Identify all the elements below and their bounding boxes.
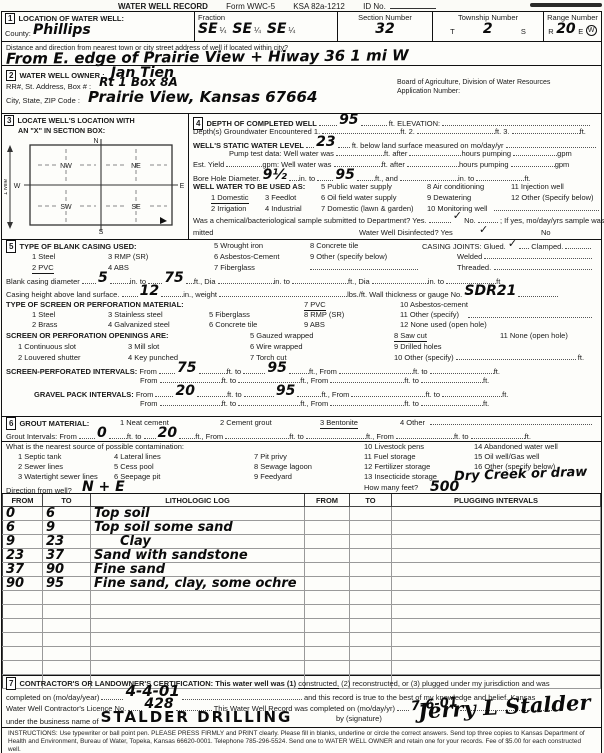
township-t: T	[450, 27, 455, 36]
gpi-to-value: 95	[276, 383, 295, 399]
opening-louvered: 2 Louvered shutter	[18, 352, 81, 363]
grout-other: 4 Other	[400, 417, 425, 428]
openings-row-3: 2 Louvered shutter 4 Key punched 7 Torch…	[2, 352, 601, 363]
grout-ft-to: ft. to	[127, 432, 142, 441]
casing-asbestos-cement: 6 Asbestos-Cement	[214, 251, 279, 262]
log-row-empty	[3, 605, 601, 619]
use-row-3: 2 Irrigation 4 Industrial 7 Domestic (la…	[189, 203, 604, 214]
est-yield-label: Est. Yield	[193, 160, 224, 169]
screen-galvanized: 4 Galvanized steel	[108, 320, 170, 330]
section-3-number: 3	[4, 115, 14, 126]
opening-continuous-slot: 1 Continuous slot	[18, 341, 76, 352]
casing-height-value: 12	[140, 283, 159, 299]
yield-after-label: ft. after	[382, 160, 405, 169]
groundwater-label: Depth(s) Groundwater Encountered 1.	[193, 127, 320, 136]
well-location-mark	[160, 217, 167, 224]
scan-artifact-bar	[530, 3, 602, 7]
log-to-value: 6	[46, 506, 55, 521]
section-3-title2: AN "X" IN SECTION BOX:	[4, 126, 186, 135]
business-name-value: STALDER DRILLING	[101, 708, 293, 726]
log-row-empty	[3, 647, 601, 661]
section-number-value: 32	[375, 21, 394, 37]
log-row-empty	[3, 661, 601, 675]
section-1-number: 1	[5, 13, 15, 24]
gpi2-ft-to-2: ft. to	[404, 399, 419, 408]
openings-row-1: SCREEN OR PERFORATION OPENINGS ARE: 5 Ga…	[2, 330, 601, 341]
id-blank-line	[390, 1, 436, 9]
log-row: 9095Fine sand, clay, some ochre	[3, 577, 601, 591]
contamination-label: What is the nearest source of possible c…	[6, 442, 184, 451]
spi2-ft-to-2: ft. to	[404, 376, 419, 385]
opt-injection-well: 11 Injection well	[511, 181, 564, 192]
grout-intervals-label: Grout Intervals: From	[6, 432, 77, 441]
compass-s-label: S	[99, 229, 104, 235]
log-row-empty	[3, 591, 601, 605]
groundwater-line: Depth(s) Groundwater Encountered 1. ft. …	[189, 126, 604, 137]
section-6-grout: 6GROUT MATERIAL: 1 Neat cement 2 Cement …	[2, 417, 601, 442]
sample-question: Was a chemical/bacteriological sample su…	[193, 216, 427, 225]
signature-label: by (signature)	[336, 712, 382, 726]
log-from-value: 0	[6, 506, 15, 521]
owner-address-label: RR#, St. Address, Box # :	[6, 82, 91, 91]
section-3-4-row: 3LOCATE WELL'S LOCATION WITH AN "X" IN S…	[2, 114, 601, 240]
contam-pit-privy: 7 Pit privy	[254, 452, 287, 462]
log-row: 2337Sand with sandstone	[3, 549, 601, 563]
grout-cement-grout: 2 Cement grout	[220, 417, 272, 428]
screen-steel: 1 Steel	[32, 310, 55, 320]
screen-material-title: TYPE OF SCREEN OR PERFORATION MATERIAL:	[6, 300, 184, 309]
disinfected-question: Water Well Disinfected? Yes	[359, 227, 453, 238]
ksa-statute: KSA 82a-1212	[293, 2, 345, 11]
disinfected-no-label: No	[541, 227, 551, 238]
instructions-footer: INSTRUCTIONS: Use typewriter or ball poi…	[2, 728, 601, 753]
screen-none-used: 12 None used (open hole)	[400, 320, 487, 330]
id-label: ID No.	[363, 2, 386, 11]
log-desc-value: Fine sand	[94, 562, 165, 577]
screen-abs: 9 ABS	[304, 320, 325, 330]
sample-line: Was a chemical/bacteriological sample su…	[189, 214, 604, 227]
compass-e-label: E	[180, 183, 185, 190]
contam-sewer-lines: 2 Sewer lines	[18, 462, 63, 472]
screen-intervals-line-1: SCREEN-PERFORATED INTERVALS: From 75 ft.…	[2, 363, 601, 375]
height-in-weight: in., weight	[183, 290, 217, 299]
contam-septic-tank: 1 Septic tank	[18, 452, 61, 462]
casing-rmp: 3 RMP (SR)	[108, 251, 148, 262]
casing-joints-welded: Welded	[457, 251, 482, 262]
contam-other-value: Dry Creek or draw	[454, 466, 588, 484]
log-desc-value: Top soil some sand	[94, 520, 233, 535]
direction-row: Direction from well? N + E How many feet…	[2, 482, 601, 493]
plug-to-header: TO	[350, 494, 392, 507]
distance-value: From E. edge of Prairie View + Hiway 36 …	[6, 48, 409, 67]
grout-ft-to-2: ft. to	[289, 432, 304, 441]
screen-stainless: 3 Stainless steel	[108, 310, 163, 320]
opt-feedlot: 3 Feedlot	[265, 192, 296, 203]
township-cell: Township Number T 2 S	[433, 12, 544, 41]
disinfected-check-mark: ✓	[479, 224, 488, 235]
screen-concrete-tile: 6 Concrete tile	[209, 320, 257, 330]
quadrant-nw-label: NW	[60, 163, 72, 170]
opt-oil-field: 6 Oil field water supply	[321, 192, 396, 203]
quarter-symbol-3: ¼	[289, 26, 296, 35]
quarter-2-value: SE	[232, 21, 252, 37]
casing-abs: 4 ABS	[108, 262, 129, 273]
grout-ft-from-2: ft., From	[366, 432, 394, 441]
opening-other: 10 Other (specify)	[394, 353, 454, 362]
contam-livestock-pens: 10 Livestock pens	[364, 442, 424, 452]
opening-key-punched: 4 Key punched	[128, 352, 178, 363]
casing-steel: 1 Steel	[32, 251, 55, 262]
gpi2-from-label: From	[140, 399, 158, 408]
gauge-value: SDR21	[464, 283, 516, 299]
business-name-label: under the business name of	[6, 717, 99, 726]
range-cell: Range Number R 20 E W	[544, 12, 601, 41]
opening-wire-wrapped: 6 Wire wrapped	[250, 341, 303, 352]
opening-gauzed: 5 Gauzed wrapped	[250, 330, 313, 341]
form-body: 1LOCATION OF WATER WELL: County: Phillip…	[1, 11, 602, 753]
pump-test-label: Pump test data: Well water was	[229, 149, 334, 158]
feet-value: 500	[430, 480, 459, 494]
log-from-value: 23	[6, 548, 24, 563]
contam-abandoned-well: 14 Abandoned water well	[474, 442, 558, 452]
contam-oil-gas-well: 15 Oil well/Gas well	[474, 452, 539, 462]
screen-material-row-3: 2 Brass 4 Galvanized steel 6 Concrete ti…	[2, 320, 601, 330]
casing-concrete-tile: 8 Concrete tile	[310, 240, 358, 251]
casing-title: TYPE OF BLANK CASING USED:	[19, 242, 136, 251]
log-from-value: 37	[6, 562, 24, 577]
spi2-from-label: From	[140, 376, 158, 385]
gpi-from-value: 20	[176, 383, 195, 399]
screen-other: 11 Other (specify)	[400, 310, 459, 320]
casing-other: 9 Other (specify below)	[310, 251, 387, 262]
quadrant-se-label: SE	[131, 204, 141, 211]
opening-none: 11 None (open hole)	[500, 330, 568, 341]
log-desc-value: Clay	[94, 534, 151, 549]
quarter-symbol-1: ¼	[220, 26, 227, 35]
owner-address-value: Rt 1 Box 8A	[99, 75, 178, 89]
dia-after: ft., Dia	[194, 277, 216, 286]
use-row-2: 1 Domestic 3 Feedlot 6 Oil field water s…	[189, 192, 604, 203]
instructions-text: INSTRUCTIONS: Use typewriter or ball poi…	[8, 730, 585, 753]
height-lbs-gauge: lbs./ft. Wall thickness or gauge No.	[347, 290, 462, 299]
opt-other: 12 Other (Specify below)	[511, 192, 594, 203]
opening-drilled-holes: 9 Drilled holes	[394, 341, 442, 352]
log-row: 923Clay	[3, 535, 601, 549]
casing-fiberglass: 7 Fiberglass	[214, 262, 255, 273]
casing-depth-value: 75	[164, 270, 183, 286]
groundwater-ft-label: ft.	[580, 127, 586, 136]
contam-fertilizer-storage: 12 Fertilizer storage	[364, 462, 430, 472]
spi-from-value: 75	[177, 360, 196, 376]
casing-row-1: 5TYPE OF BLANK CASING USED: 5 Wrought ir…	[2, 240, 601, 251]
log-to-value: 37	[46, 548, 64, 563]
log-desc-value: Fine sand, clay, some ochre	[94, 576, 297, 591]
contamination-block: What is the nearest source of possible c…	[2, 442, 601, 494]
lithologic-log-table: FROM TO LITHOLOGIC LOG FROM TO PLUGGING …	[2, 494, 601, 676]
log-row: 69Top soil some sand	[3, 521, 601, 535]
section-1-location: 1LOCATION OF WATER WELL: County: Phillip…	[2, 12, 601, 42]
owner-city-value: Prairie View, Kansas 67664	[88, 88, 317, 106]
opt-air-conditioning: 8 Air conditioning	[427, 181, 484, 192]
glued-check-mark: ✓	[508, 237, 517, 250]
lithologic-log-header: LITHOLOGIC LOG	[91, 494, 305, 507]
contam-cess-pool: 5 Cess pool	[114, 462, 154, 472]
spi2-ft-end: ft.	[483, 376, 489, 385]
quadrant-sw-label: SW	[60, 204, 72, 211]
use-row-1: WELL WATER TO BE USED AS: 5 Public water…	[189, 181, 604, 192]
county-line: County: Phillips	[5, 25, 191, 39]
range-value: 20	[556, 22, 575, 36]
owner-city-label: City, State, ZIP Code :	[6, 96, 80, 105]
spi2-ft-to: ft. to	[222, 376, 237, 385]
fraction-values: SE¼ SE¼ SE¼	[198, 22, 334, 36]
fraction-cell: Fraction SE¼ SE¼ SE¼	[195, 12, 338, 41]
agency-name: Board of Agriculture, Division of Water …	[397, 78, 597, 87]
screen-asbestos-cement: 10 Asbestos-cement	[400, 300, 468, 310]
screen-fiberglass: 5 Fiberglass	[209, 310, 250, 320]
contam-feedyard: 9 Feedyard	[254, 472, 292, 482]
section-5-casing: 5TYPE OF BLANK CASING USED: 5 Wrought ir…	[2, 240, 601, 417]
opening-other-cluster: 10 Other (specify) ft.	[394, 352, 584, 363]
casing-row-3: 2 PVC 4 ABS 7 Fiberglass Threaded.	[2, 262, 601, 273]
pump-gpm-label: gpm	[557, 149, 572, 158]
opt-domestic-lawn: 7 Domestic (lawn & garden)	[321, 203, 414, 214]
opt-industrial: 4 Industrial	[265, 203, 302, 214]
log-row: 06Top soil	[3, 507, 601, 521]
form-header: WATER WELL RECORD Form WWC-5 KSA 82a-121…	[118, 1, 452, 11]
log-to-value: 23	[46, 534, 64, 549]
contamination-row-1: What is the nearest source of possible c…	[2, 442, 601, 452]
county-cell: 1LOCATION OF WATER WELL: County: Phillip…	[2, 12, 195, 41]
static-level-line: WELL'S STATIC WATER LEVEL 23 ft. below l…	[189, 137, 604, 148]
compass-w-label: W	[14, 183, 21, 190]
section-4-depth: 4DEPTH OF COMPLETED WELL 95 ft. ELEVATIO…	[189, 114, 604, 239]
log-to-value: 90	[46, 562, 64, 577]
cert-text-1b: (2) reconstructed, or (3) plugged under …	[341, 679, 549, 688]
plug-from-header: FROM	[305, 494, 350, 507]
pump-hours-label: hours pumping	[461, 149, 511, 158]
log-from-value: 90	[6, 576, 24, 591]
water-well-record-form: WATER WELL RECORD Form WWC-5 KSA 82a-121…	[0, 0, 604, 753]
opt-irrigation: 2 Irrigation	[211, 203, 246, 214]
grout-title: GROUT MATERIAL:	[19, 419, 89, 428]
casing-height-line: Casing height above land surface. 12 in.…	[2, 286, 601, 300]
gpi-line2-cluster: From ft. to ft., From ft. to ft.	[140, 398, 489, 409]
gpi2-ft-from: ft., From	[300, 399, 328, 408]
signature-value: Jerry L Stalder	[418, 695, 591, 718]
sample-check-mark: ✓	[453, 209, 462, 222]
grout-intervals-line: Grout Intervals: From 0 ft. to 20 ft., F…	[2, 428, 601, 441]
openings-title: SCREEN OR PERFORATION OPENINGS ARE:	[6, 331, 169, 340]
yield-hours-label: hours pumping	[459, 160, 509, 169]
contam-insecticide-storage: 13 Insecticide storage	[364, 472, 437, 482]
form-title: WATER WELL RECORD	[118, 2, 208, 11]
direction-value: N + E	[82, 479, 125, 495]
contam-fuel-storage: 11 Fuel storage	[364, 452, 416, 462]
section-3-locate: 3LOCATE WELL'S LOCATION WITH AN "X" IN S…	[2, 114, 189, 239]
log-row-empty	[3, 619, 601, 633]
quarter-symbol-2: ¼	[254, 26, 261, 35]
distance-direction-row: Distance and direction from nearest town…	[2, 42, 601, 66]
contam-sewage-lagoon: 8 Sewage lagoon	[254, 462, 312, 472]
cert-line-1: 7CONTRACTOR'S OR LANDOWNER'S CERTIFICATI…	[6, 677, 597, 688]
log-from-value: 6	[6, 520, 15, 535]
gpi2-ft-end: ft.	[483, 399, 489, 408]
range-e: E	[578, 27, 583, 36]
opening-other-ft: ft.	[578, 353, 584, 362]
application-number-label: Application Number:	[397, 87, 597, 96]
casing-diameter-label: Blank casing diameter	[6, 277, 80, 286]
plugging-intervals-header: PLUGGING INTERVALS	[392, 494, 601, 507]
section-3-title: LOCATE WELL'S LOCATION WITH	[17, 116, 134, 125]
grout-ft-end: ft.	[525, 432, 531, 441]
log-to-value: 95	[46, 576, 64, 591]
log-to-value: 9	[46, 520, 55, 535]
opt-dewatering: 9 Dewatering	[427, 192, 471, 203]
section-2-owner: 2WATER WELL OWNER : Jan Tien RR#, St. Ad…	[2, 66, 601, 114]
agency-block: Board of Agriculture, Division of Water …	[397, 78, 597, 96]
log-row-empty	[3, 633, 601, 647]
gravel-intervals-line-2: From ft. to ft., From ft. to ft.	[2, 398, 601, 409]
casing-joints-clamped: Clamped.	[531, 242, 563, 251]
grout-from-value: 0	[97, 425, 107, 441]
gravel-intervals-line-1: GRAVEL PACK INTERVALS: From 20 ft. to 95…	[2, 386, 601, 398]
screen-intervals-line-2: From ft. to ft., From ft. to ft.	[2, 375, 601, 386]
one-mile-label: 1 Mile	[4, 178, 9, 195]
casing-height-label: Casing height above land surface.	[6, 290, 119, 299]
casing-joints-glued: CASING JOINTS: Glued.	[422, 242, 506, 251]
range-w-circled: W	[586, 25, 597, 36]
sample-continued: ; If yes, mo/day/yrs sample was sub-	[500, 216, 604, 225]
log-header-row: FROM TO LITHOLOGIC LOG FROM TO PLUGGING …	[3, 494, 601, 507]
log-row: 3790Fine sand	[3, 563, 601, 577]
casing-row-2: 1 Steel 3 RMP (SR) 6 Asbestos-Cement 9 O…	[2, 251, 601, 262]
quarter-3-value: SE	[267, 21, 287, 37]
township-value: 2	[483, 22, 493, 36]
pump-after-label: ft. after	[384, 149, 407, 158]
cert-line-4: under the business name of STALDER DRILL…	[6, 712, 597, 726]
dia-ft-2: ft., Dia	[348, 277, 370, 286]
pump-test-line: Pump test data: Well water was ft. after…	[189, 148, 604, 159]
screen-material-row-1: TYPE OF SCREEN OR PERFORATION MATERIAL: …	[2, 300, 601, 310]
opening-mill-slot: 3 Mill slot	[128, 341, 159, 352]
spi2-ft-from: ft., From	[300, 376, 328, 385]
bore-hole-line: Bore Hole Diameter. 9½ in. to 95 ft., an…	[189, 170, 604, 181]
sample-mitted: mitted	[193, 228, 213, 237]
quadrant-ne-label: NE	[131, 163, 141, 170]
log-from-header: FROM	[3, 494, 43, 507]
screen-rmp: 8 RMP (SR)	[304, 310, 344, 320]
grout-ft-to-3: ft. to	[454, 432, 469, 441]
screen-material-row-2: 1 Steel 3 Stainless steel 5 Fiberglass 8…	[2, 310, 601, 320]
form-number: Form WWC-5	[226, 2, 275, 11]
feet-label: How many feet?	[364, 482, 418, 493]
section-number-cell: Section Number 32	[338, 12, 433, 41]
sample-no-label: No.	[464, 216, 476, 225]
opt-public-water-supply: 5 Public water supply	[321, 181, 392, 192]
screen-brass: 2 Brass	[32, 320, 57, 330]
quarter-1-value: SE	[198, 21, 218, 37]
spi-to-value: 95	[267, 360, 286, 376]
dia-in-to-2: in. to	[274, 277, 290, 286]
openings-row-2: 1 Continuous slot 3 Mill slot 6 Wire wra…	[2, 341, 601, 352]
compass-n-label: N	[93, 138, 98, 145]
groundwater-3-label: ft. 3.	[495, 127, 510, 136]
yield-gpm2-label: gpm	[555, 160, 570, 169]
groundwater-2-label: ft. 2.	[400, 127, 415, 136]
grout-to-value: 20	[158, 425, 177, 441]
dia-in-to-3: in. to	[428, 277, 444, 286]
contam-lateral-lines: 4 Lateral lines	[114, 452, 161, 462]
casing-wrought-iron: 5 Wrought iron	[214, 240, 263, 251]
use-label: WELL WATER TO BE USED AS:	[193, 182, 305, 191]
contamination-row-2: 1 Septic tank 4 Lateral lines 7 Pit priv…	[2, 452, 601, 462]
gpi2-ft-to: ft. to	[222, 399, 237, 408]
casing-joints-threaded: Threaded.	[457, 262, 491, 273]
log-to-header: TO	[43, 494, 91, 507]
county-label: County:	[5, 29, 31, 38]
grout-material-line: 6GROUT MATERIAL: 1 Neat cement 2 Cement …	[2, 417, 601, 428]
range-r: R	[548, 27, 553, 36]
section-7-certification: 7CONTRACTOR'S OR LANDOWNER'S CERTIFICATI…	[2, 676, 601, 728]
depth-completed-line: 4DEPTH OF COMPLETED WELL 95 ft. ELEVATIO…	[189, 115, 604, 126]
log-desc-value: Sand with sandstone	[94, 548, 248, 563]
section-box-diagram: N NW NE	[4, 135, 186, 235]
log-from-value: 9	[6, 534, 15, 549]
township-s: S	[521, 27, 526, 36]
county-value: Phillips	[33, 22, 91, 38]
est-yield-line: Est. Yield gpm: Well water was ft. after…	[189, 159, 604, 170]
log-desc-value: Top soil	[94, 506, 150, 521]
casing-diameter-value: 5	[98, 270, 108, 286]
grout-ft-from: ft., From	[195, 432, 223, 441]
disinfected-line: mitted Water Well Disinfected? Yes ✓ No	[189, 227, 604, 238]
